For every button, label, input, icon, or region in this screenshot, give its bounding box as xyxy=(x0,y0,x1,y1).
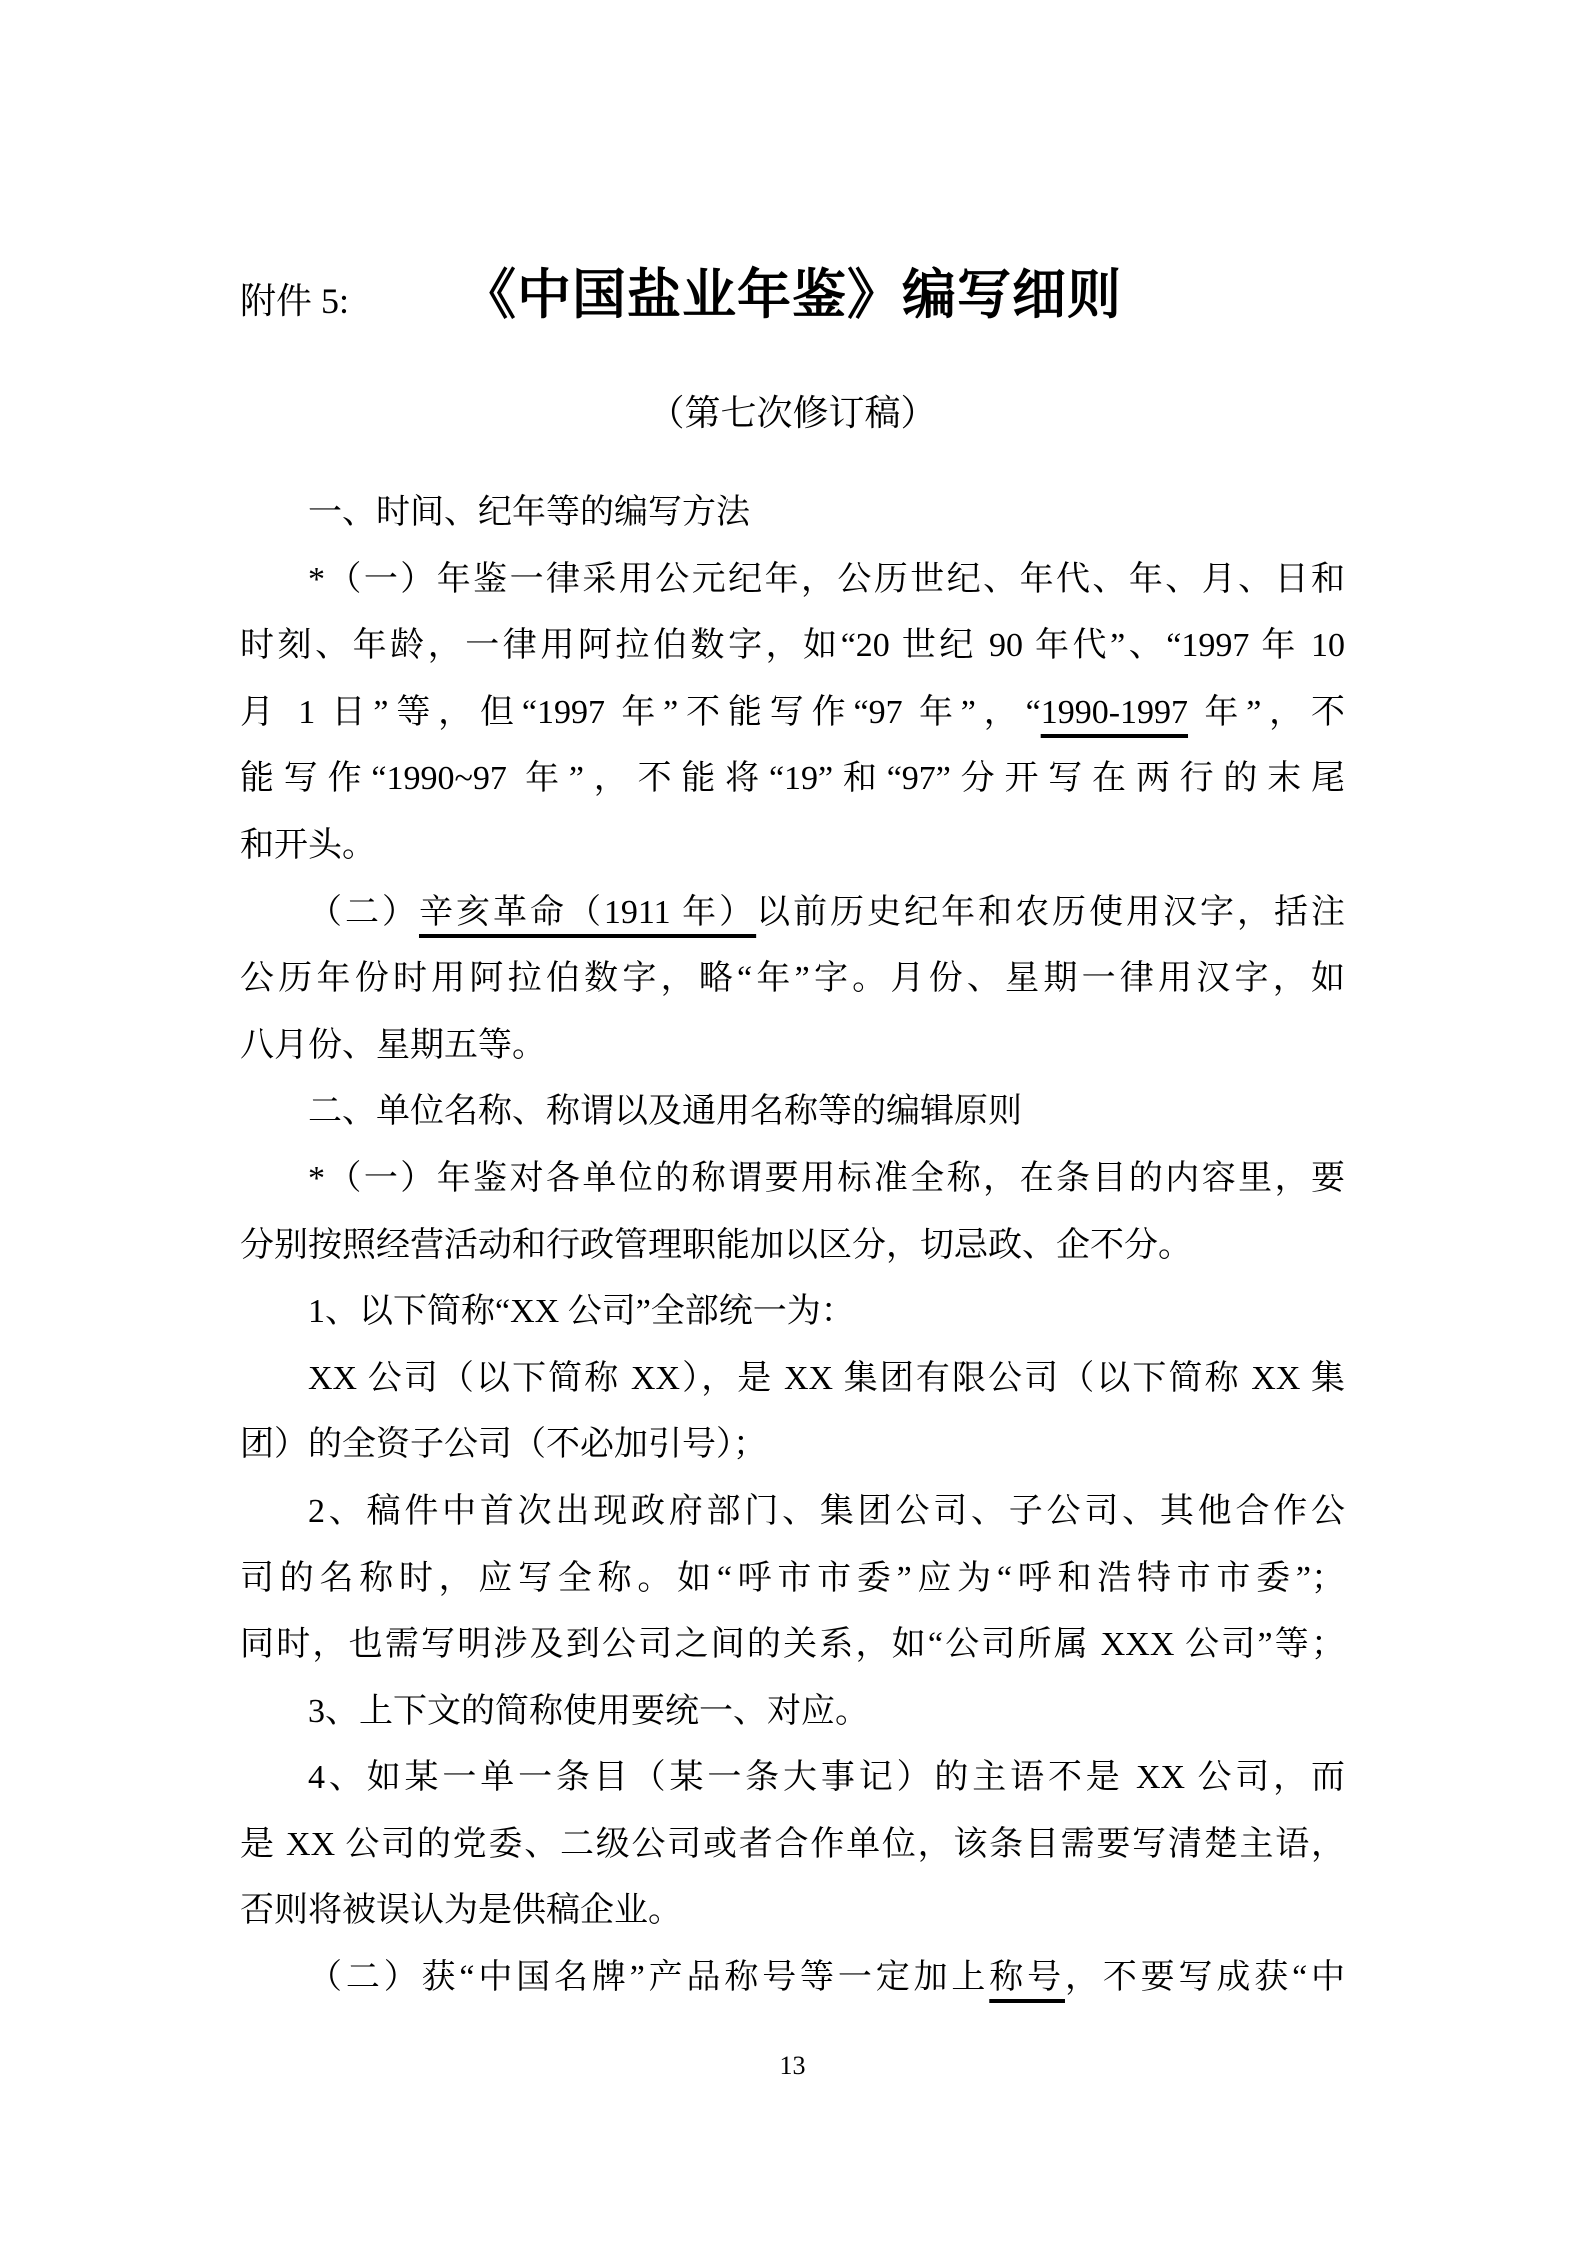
item-1-detail: XX 公司（以下简称 XX），是 XX 集团有限公司（以下简称 XX 集团）的全… xyxy=(240,1346,1345,1479)
text-run: 分别按照经营活动和行政管理职能加以区分，切忌政、企不分。 xyxy=(240,1227,1192,1264)
body-line: 二、单位名称、称谓以及通用名称等的编辑原则 xyxy=(240,1079,1345,1146)
body-line: 4、如某一单一条目（某一条大事记）的主语不是 XX 公司，而 xyxy=(240,1745,1345,1812)
para-1-2: （二）辛亥革命（1911 年）以前历史纪年和农历使用汉字，括注公历年份时用阿拉伯… xyxy=(240,880,1345,1080)
body-line: 同时，也需写明涉及到公司之间的关系，如“公司所属 XXX 公司”等； xyxy=(240,1612,1345,1679)
text-run: （二）获“中国名牌”产品称号等一定加上 xyxy=(308,1959,989,1996)
section-2-heading: 二、单位名称、称谓以及通用名称等的编辑原则 xyxy=(240,1079,1345,1146)
body-line: 一、时间、纪年等的编写方法 xyxy=(240,480,1345,547)
body-line: 时刻、年龄，一律用阿拉伯数字，如“20 世纪 90 年代”、“1997 年 10 xyxy=(240,613,1345,680)
underlined-text: 1990-1997 xyxy=(1041,694,1188,731)
text-run: 八月份、星期五等。 xyxy=(240,1027,546,1064)
text-run: 1、以下简称“XX 公司”全部统一为： xyxy=(308,1293,855,1330)
text-run: 否则将被误认为是供稿企业。 xyxy=(240,1892,682,1929)
text-run: *（一）年鉴对各单位的称谓要用标准全称，在条目的内容里，要 xyxy=(308,1160,1345,1197)
body-line: 2、稿件中首次出现政府部门、集团公司、子公司、其他合作公 xyxy=(240,1479,1345,1546)
body-line: 和开头。 xyxy=(240,813,1345,880)
document-body: 一、时间、纪年等的编写方法*（一）年鉴一律采用公元纪年，公历世纪、年代、年、月、… xyxy=(240,480,1345,2012)
text-run: 月 1 日”等，但“1997 年”不能写作“97 年”，“ xyxy=(240,694,1041,731)
text-run: 二、单位名称、称谓以及通用名称等的编辑原则 xyxy=(308,1093,1022,1130)
body-line: 能写作“1990~97 年”，不能将“19”和“97”分开写在两行的末尾 xyxy=(240,746,1345,813)
text-run: 司的名称时，应写全称。如“呼市市委”应为“呼和浩特市市委”； xyxy=(240,1560,1345,1597)
body-line: 3、上下文的简称使用要统一、对应。 xyxy=(240,1679,1345,1746)
text-run: ，不要写成获“中 xyxy=(1065,1959,1345,1996)
text-run: 公历年份时用阿拉伯数字，略“年”字。月份、星期一律用汉字，如 xyxy=(240,960,1345,997)
text-run: 和开头。 xyxy=(240,827,376,864)
text-run: 2、稿件中首次出现政府部门、集团公司、子公司、其他合作公 xyxy=(308,1493,1345,1530)
document-title: 《中国盐业年鉴》编写细则 xyxy=(349,263,1345,327)
page-number: 13 xyxy=(240,2051,1345,2081)
text-run: XX 公司（以下简称 XX），是 XX 集团有限公司（以下简称 XX 集 xyxy=(308,1360,1345,1397)
body-line: *（一）年鉴对各单位的称谓要用标准全称，在条目的内容里，要 xyxy=(240,1146,1345,1213)
item-4: 4、如某一单一条目（某一条大事记）的主语不是 XX 公司，而是 XX 公司的党委… xyxy=(240,1745,1345,1945)
body-line: （二）获“中国名牌”产品称号等一定加上称号，不要写成获“中 xyxy=(240,1945,1345,2012)
underlined-text: 称号 xyxy=(989,1959,1065,1996)
text-run: 年”，不 xyxy=(1188,694,1345,731)
body-line: 公历年份时用阿拉伯数字，略“年”字。月份、星期一律用汉字，如 xyxy=(240,946,1345,1013)
section-1-heading: 一、时间、纪年等的编写方法 xyxy=(240,480,1345,547)
text-run: 同时，也需写明涉及到公司之间的关系，如“公司所属 XXX 公司”等； xyxy=(240,1626,1345,1663)
text-run: 一、时间、纪年等的编写方法 xyxy=(308,494,750,531)
document-page: 附件 5: 《中国盐业年鉴》编写细则 （第七次修订稿） 一、时间、纪年等的编写方… xyxy=(0,0,1587,2245)
body-line: 司的名称时，应写全称。如“呼市市委”应为“呼和浩特市市委”； xyxy=(240,1546,1345,1613)
body-line: 团）的全资子公司（不必加引号）； xyxy=(240,1412,1345,1479)
para-2-2: （二）获“中国名牌”产品称号等一定加上称号，不要写成获“中 xyxy=(240,1945,1345,2012)
title-row: 附件 5: 《中国盐业年鉴》编写细则 xyxy=(240,263,1345,333)
text-run: 是 XX 公司的党委、二级公司或者合作单位，该条目需要写清楚主语， xyxy=(240,1826,1345,1863)
body-line: 八月份、星期五等。 xyxy=(240,1013,1345,1080)
attachment-label: 附件 5: xyxy=(240,269,349,333)
body-line: 是 XX 公司的党委、二级公司或者合作单位，该条目需要写清楚主语， xyxy=(240,1812,1345,1879)
text-run: 3、上下文的简称使用要统一、对应。 xyxy=(308,1693,869,1730)
text-run: 4、如某一单一条目（某一条大事记）的主语不是 XX 公司，而 xyxy=(308,1759,1345,1796)
text-run: 以前历史纪年和农历使用汉字，括注 xyxy=(756,894,1345,931)
body-line: 分别按照经营活动和行政管理职能加以区分，切忌政、企不分。 xyxy=(240,1213,1345,1280)
body-line: 月 1 日”等，但“1997 年”不能写作“97 年”，“1990-1997 年… xyxy=(240,680,1345,747)
body-line: 否则将被误认为是供稿企业。 xyxy=(240,1878,1345,1945)
para-1-1: *（一）年鉴一律采用公元纪年，公历世纪、年代、年、月、日和时刻、年龄，一律用阿拉… xyxy=(240,547,1345,880)
text-run: *（一）年鉴一律采用公元纪年，公历世纪、年代、年、月、日和 xyxy=(308,561,1345,598)
body-line: *（一）年鉴一律采用公元纪年，公历世纪、年代、年、月、日和 xyxy=(240,547,1345,614)
item-3: 3、上下文的简称使用要统一、对应。 xyxy=(240,1679,1345,1746)
text-run: 时刻、年龄，一律用阿拉伯数字，如“20 世纪 90 年代”、“1997 年 10 xyxy=(240,627,1345,664)
body-line: （二）辛亥革命（1911 年）以前历史纪年和农历使用汉字，括注 xyxy=(240,880,1345,947)
body-line: XX 公司（以下简称 XX），是 XX 集团有限公司（以下简称 XX 集 xyxy=(240,1346,1345,1413)
body-line: 1、以下简称“XX 公司”全部统一为： xyxy=(240,1279,1345,1346)
text-run: （二） xyxy=(308,894,419,931)
item-2: 2、稿件中首次出现政府部门、集团公司、子公司、其他合作公司的名称时，应写全称。如… xyxy=(240,1479,1345,1679)
item-1: 1、以下简称“XX 公司”全部统一为： xyxy=(240,1279,1345,1346)
text-run: 能写作“1990~97 年”，不能将“19”和“97”分开写在两行的末尾 xyxy=(240,760,1345,797)
text-run: 团）的全资子公司（不必加引号）； xyxy=(240,1426,767,1463)
underlined-text: 辛亥革命（1911 年） xyxy=(419,894,756,931)
document-subtitle: （第七次修订稿） xyxy=(240,385,1345,441)
para-2-1: *（一）年鉴对各单位的称谓要用标准全称，在条目的内容里，要分别按照经营活动和行政… xyxy=(240,1146,1345,1279)
